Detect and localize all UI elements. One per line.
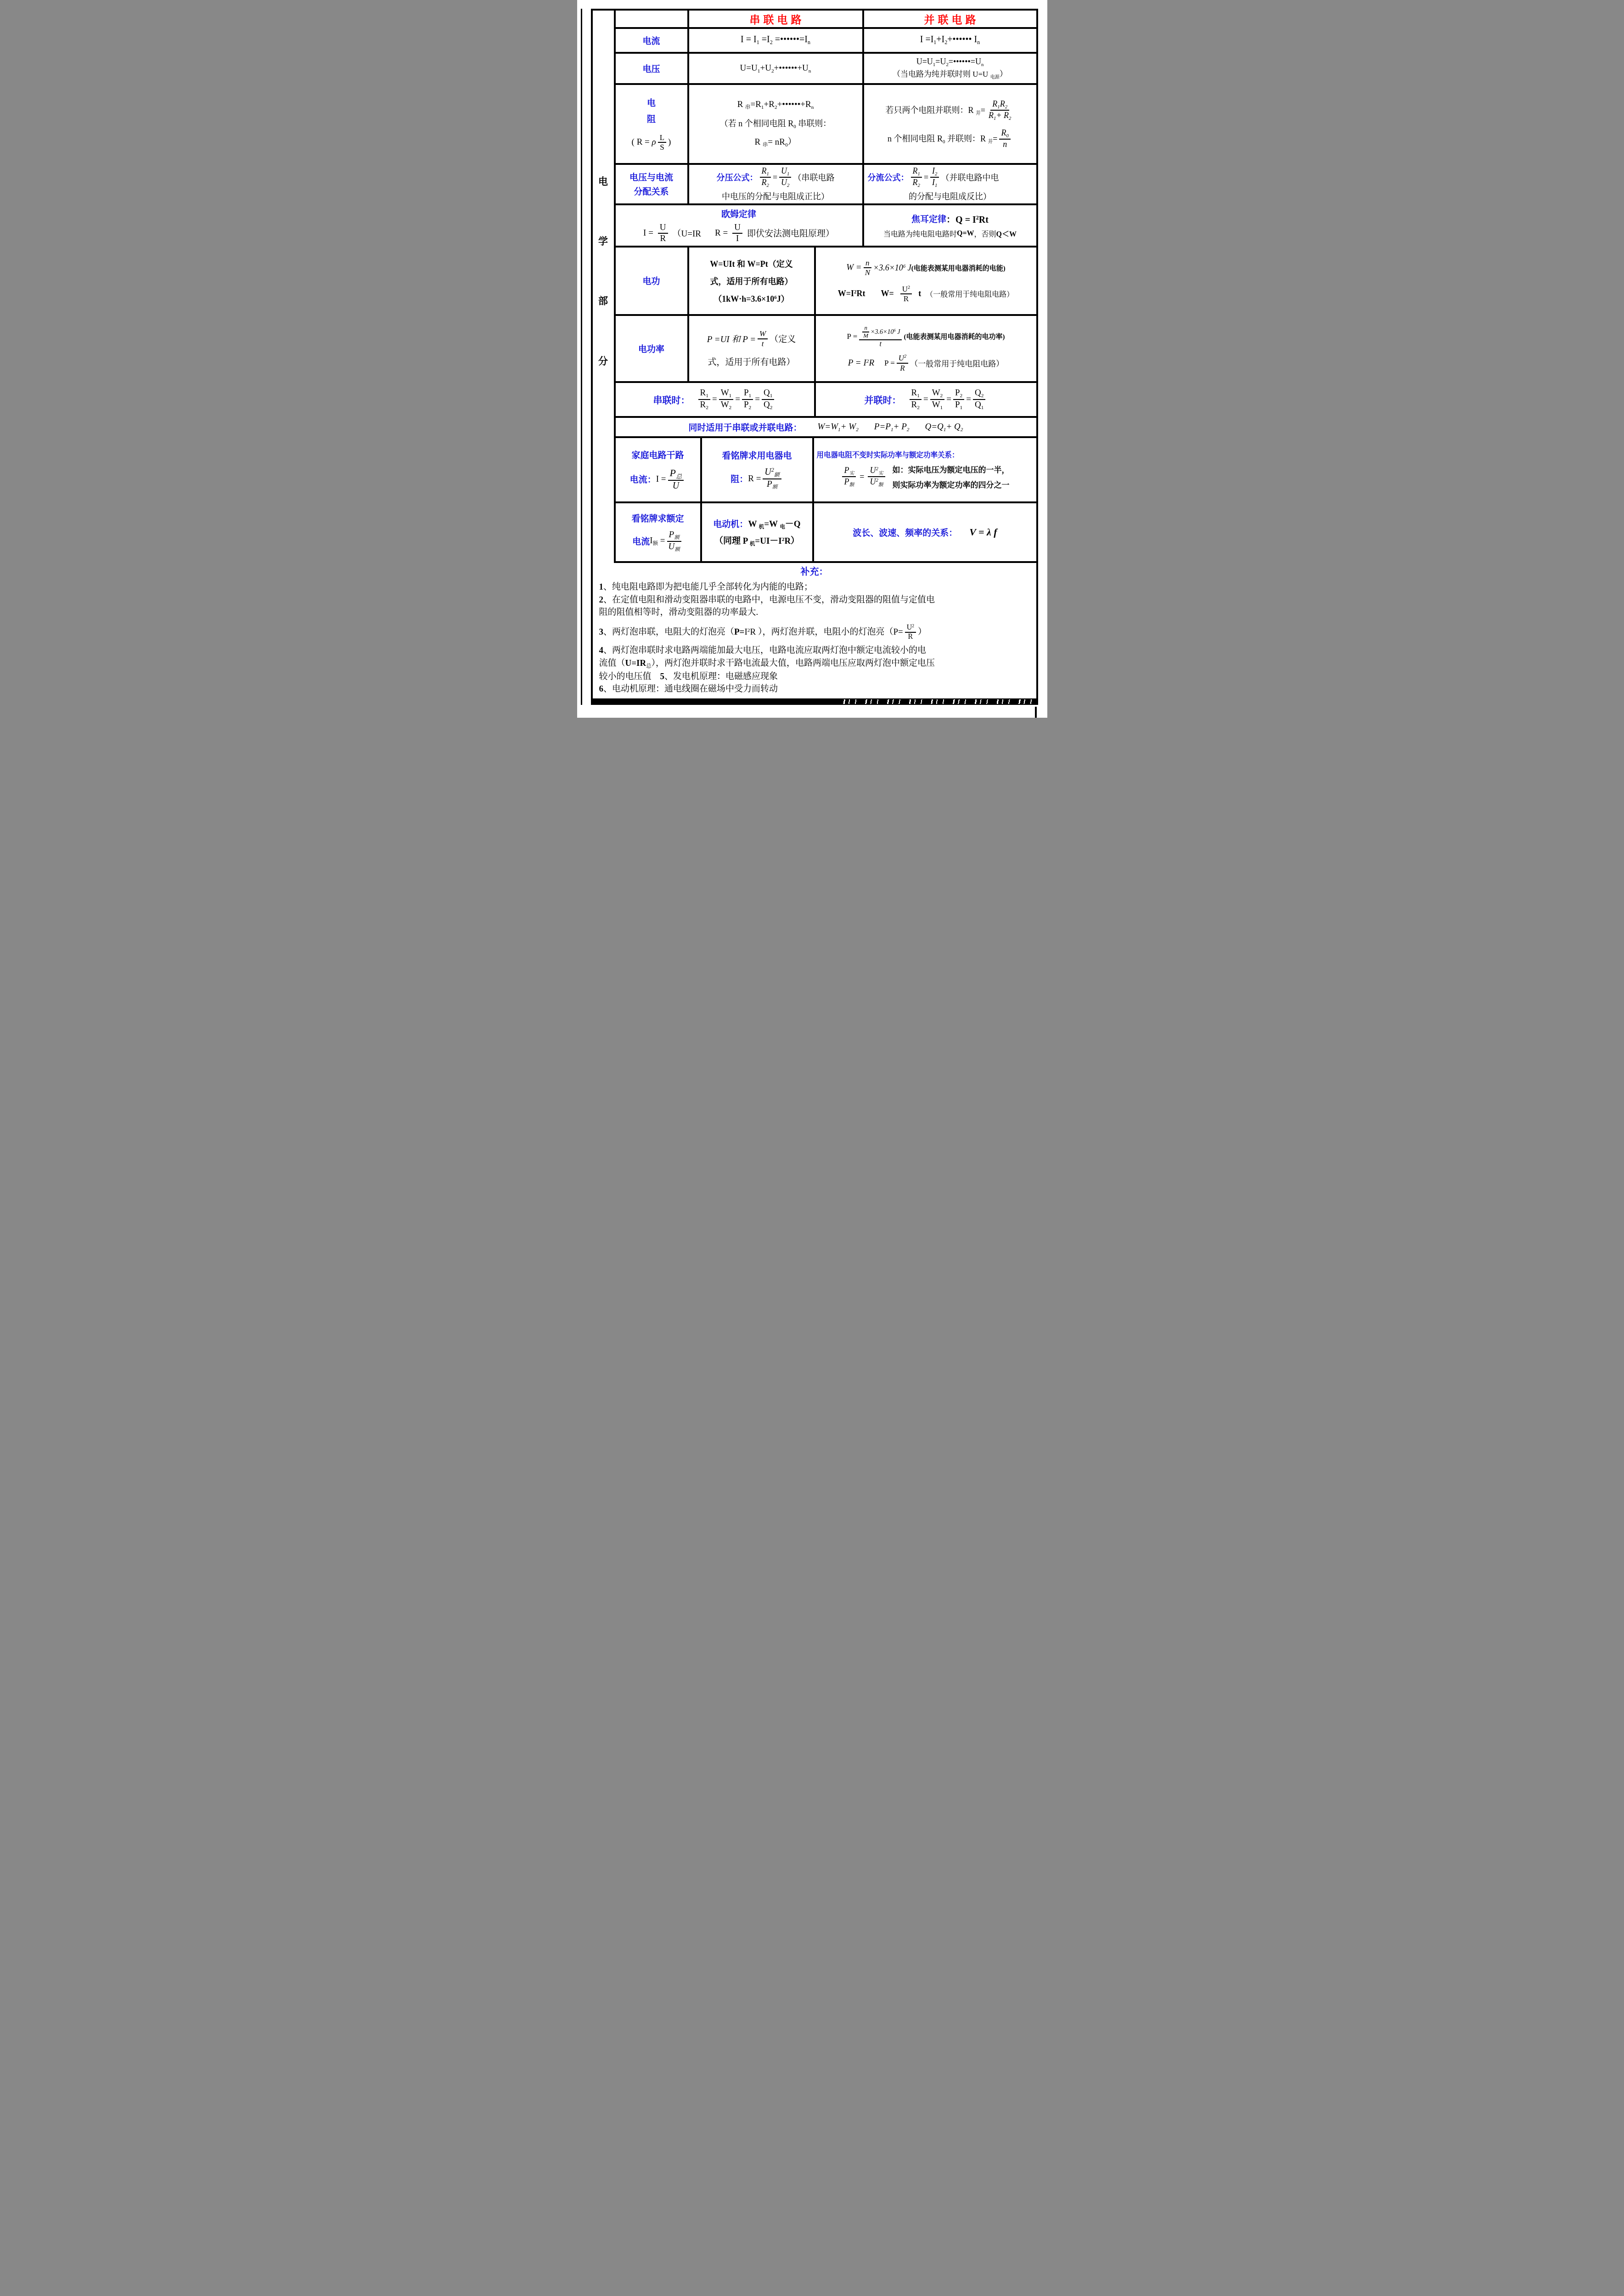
household-i-eq: I =	[656, 474, 666, 484]
resistance-def-pre: ( R = ρ	[632, 137, 656, 147]
motor-title: 电动机：	[713, 518, 748, 530]
rp-f1: R1R2	[910, 388, 922, 411]
power-parallel-cell: P = n M ×3.6×106 J	[816, 316, 1036, 381]
rc-den: U额	[667, 542, 681, 553]
supplement-item-4b: 流值（U=IR总），两灯泡并联时求干路电流最大值，电路两端电压应取两灯泡中额定电…	[599, 657, 1030, 670]
cd-f1-den: R2	[911, 178, 922, 188]
sidebar-char-bu: 部	[593, 293, 614, 307]
vd-f2-num: U1	[779, 166, 791, 178]
sidebar-char-xue: 学	[593, 234, 614, 248]
np-den: P额	[765, 479, 779, 490]
power-label: 电功率	[638, 343, 664, 355]
rs-f2: W1W2	[719, 388, 734, 411]
supplement-item-3: 3、两灯泡串联，电阻大的灯泡亮（P=I2R ），两灯泡并联，电阻小的灯泡亮（P=…	[599, 624, 1030, 641]
power-pure-note: （一般常用于纯电阻电路）	[910, 357, 1004, 369]
ohm-r-equals: R =	[715, 228, 728, 238]
resistance-series-cell: R 串=R1+R2+••••••+Rn （若 n 个相同电阻 R0 串联则： R…	[689, 85, 864, 163]
vd-frac2: U1 U2	[779, 166, 791, 188]
supplement-item-2b: 阻的阻值相等时，滑动变阻器的功率最大.	[599, 606, 1030, 619]
ar-f2n: U2实	[868, 466, 885, 477]
rs-eq2: =	[735, 394, 740, 405]
supplement-item-1: 1、纯电阻电路即为把电能几乎全部转化为内能的电路；	[599, 581, 1030, 594]
distribution-label-line1: 电压与电流	[629, 171, 673, 183]
power-label-cell: 电功率	[616, 316, 689, 381]
rs-f4n: Q1	[762, 388, 774, 400]
household-formula: 电流： I = P总 U	[630, 467, 686, 491]
work-label-cell: 电功	[616, 248, 689, 314]
resistance-parallel-cell: 若只两个电阻并联则：R 并= R1R2 R1+ R2 n 个相同电阻 R0 并联…	[864, 85, 1036, 163]
joule-law-line: 焦耳定律 ：Q = I2Rt	[911, 212, 989, 225]
resistance-label-char2: 阻	[647, 113, 656, 125]
ohm-uir: （U=IR	[673, 227, 701, 239]
resistance-parallel-n-fraction: R0 n	[999, 128, 1010, 149]
nameplate-r-eq: R =	[748, 474, 761, 484]
resistance-parallel-two-pre: 若只两个电阻并联则：R 并=	[886, 104, 985, 117]
distribution-parallel-cell: 分流公式： R1 R2 = I2 I1 （并联电路中电	[864, 165, 1036, 203]
resistance-series-sum: R 串=R1+R2+••••••+Rn	[737, 100, 814, 111]
supplement-item-4c-and-5: 较小的电压值 5、发电机原理：电磁感应现象	[599, 670, 1030, 683]
joule-law-cell: 焦耳定律 ：Q = I2Rt 当电路为纯电阻电路时 Q=W，否则 Q＜W	[864, 205, 1036, 246]
current-division-line1: 分流公式： R1 R2 = I2 I1 （并联电路中电	[868, 166, 999, 188]
distribution-label-cell: 电压与电流 分配关系	[616, 165, 689, 203]
work-pure-note: （一般常用于纯电阻电路）	[926, 288, 1014, 299]
row-current: 电流 I = I1 =I2 =••••••=In I =I1+I2+••••••…	[616, 29, 1036, 54]
supplement-item-3-close: ）	[918, 626, 927, 639]
voltage-division-line1: 分压公式： R1 R2 = U1 U2 （串联电路	[717, 166, 835, 188]
work-u2r-fraction: U2 R	[900, 285, 912, 303]
sidebar-char-fen: 分	[593, 354, 614, 367]
wu-den: R	[902, 294, 910, 303]
resistance-def-num: L	[658, 133, 666, 143]
resistance-parallel-n-pre: n 个相同电阻 R0 并联则：R 并=	[888, 132, 997, 145]
power-meter-p: P =	[847, 332, 858, 341]
vd-equals: =	[773, 173, 777, 182]
power-def-fraction: W t	[758, 329, 768, 348]
rp-f1d: R2	[910, 400, 921, 411]
rp-f4: Q2Q1	[973, 388, 985, 411]
rp-f4n: Q2	[973, 388, 985, 400]
power-meter-bigfraction: n M ×3.6×106 J t	[859, 325, 902, 348]
row-applies-both: 同时适用于串联或并联电路： W=W1+ W2 P=P1+ P2 Q=Q1+ Q2	[616, 418, 1036, 438]
ar-note2: 则实际功率为额定功率的四分之一	[893, 478, 1010, 490]
ratio-parallel-cell: 并联时： R1R2 = W2W1 = P2P1 = Q2Q1	[816, 383, 1036, 416]
voltage-division-title: 分压公式：	[717, 171, 758, 183]
pm-small-num: n	[862, 325, 869, 332]
supplement-item-2a: 2、在定值电阻和滑动变阻器串联的电路中，电源电压不变，滑动变阻器的阻值与定值电	[599, 594, 1030, 607]
supplement-item-3-fraction: U2 R	[905, 624, 916, 641]
supplement-section: 补充： 1、纯电阻电路即为把电能几乎全部转化为内能的电路； 2、在定值电阻和滑动…	[593, 563, 1036, 698]
resistance-def-fraction: L S	[658, 133, 666, 152]
current-parallel-cell: I =I1+I2+•••••• In	[864, 29, 1036, 52]
vd-frac1: R1 R2	[760, 166, 771, 188]
rp-eq1: =	[923, 394, 928, 405]
row-electrical-work: 电功 W=UIt 和 W=Pt（定义 式，适用于所有电路） （1kW·h=3.6…	[616, 248, 1036, 316]
header-series-circuit: 串联电路	[689, 11, 864, 27]
ar-f1n: P实	[842, 466, 856, 477]
rs-eq1: =	[712, 394, 717, 405]
power-u2r-fraction: U2 R	[897, 354, 908, 372]
wm-den: N	[864, 268, 871, 277]
bottom-watermark-bar	[593, 698, 1036, 705]
voltage-label: 电压	[642, 62, 660, 75]
header-empty-cell	[616, 11, 689, 27]
ohm-i-equals: I =	[643, 228, 653, 238]
ar-f2d: U2额	[868, 477, 884, 488]
power-definition-line2: 式，适用于所有电路）	[708, 355, 795, 368]
rp-f2: W2W1	[930, 388, 945, 411]
rs-f4: Q1Q2	[762, 388, 774, 411]
row-resistance: 电 阻 ( R = ρ L S ) R 串=R1+R2+••••••+Rn	[616, 85, 1036, 165]
vd-f1-num: R1	[760, 166, 771, 178]
sidebar-electricity-section: 电 学 部 分	[593, 11, 616, 563]
rp-f4d: Q1	[973, 400, 985, 411]
resistance-def-post: )	[668, 137, 671, 147]
pm-small-den: M	[862, 332, 870, 339]
header-parallel-circuit: 并联电路	[864, 11, 1036, 27]
pu-den: R	[899, 364, 906, 372]
hh-den: U	[671, 481, 680, 491]
rs-f3n: P1	[742, 388, 753, 400]
applies-both-w: W=W1+ W2	[818, 422, 859, 433]
ohm-voltammetry-note: 即伏安法测电阻原理）	[747, 227, 834, 239]
np-num: U2额	[763, 467, 781, 479]
supplement-item-3-text: 3、两灯泡串联，电阻大的灯泡亮（P=I2R ），两灯泡并联，电阻小的灯泡亮（P=	[599, 626, 903, 639]
work-parallel-cell: W = n N ×3.6×106 J (电能表测某用电器消耗的电能) W=I2R…	[816, 248, 1036, 314]
ohm-law-formula: I = U R （U=IR R = U I	[643, 223, 834, 243]
motor-power-formula: （同理 P 机=UI－I2R）	[714, 534, 799, 547]
work-meter-mul: ×3.6×106 J	[873, 263, 911, 273]
cd-frac1: R1 R2	[911, 166, 922, 188]
power-meter-line: P = n M ×3.6×106 J	[847, 325, 1005, 348]
joule-law-note: 当电路为纯电阻电路时 Q=W，否则 Q＜W	[883, 228, 1017, 239]
wave-formula: V = λ f	[969, 526, 997, 538]
cd-note-start: （并联电路中电	[941, 171, 999, 183]
voltage-parallel-cell: U=U1=U2=••••••=Un （当电路为纯并联时则 U=U 电源）	[864, 54, 1036, 83]
rated-current-word: 电流	[632, 535, 650, 547]
ar-frac2: U2实 U2额	[868, 466, 885, 488]
rp2-num: R1R2	[990, 99, 1009, 111]
voltage-parallel-note: （当电路为纯并联时则 U=U 电源）	[893, 68, 1007, 80]
rs-f2d: W2	[719, 400, 733, 411]
current-label: 电流	[642, 34, 660, 47]
work-pure-line: W=I2Rt W= U2 R t （一般常用于纯电阻电路）	[838, 285, 1014, 303]
work-meter-fraction: n N	[864, 259, 871, 277]
pm-den-t: t	[878, 340, 883, 349]
ohm-f1-num: U	[658, 223, 668, 233]
resistance-series-equal: R 串= nR0）	[754, 135, 796, 148]
cd-frac2: I2 I1	[930, 166, 939, 188]
ar-f1d: P额	[843, 477, 855, 488]
ohm-frac-ur: U R	[658, 223, 668, 243]
ratio-parallel-title: 并联时：	[865, 393, 901, 406]
power-pure-line: P = I2R P = U2 R （一般常用于纯电阻电路）	[848, 354, 1004, 372]
household-current-cell: 家庭电路干路 电流： I = P总 U	[616, 438, 702, 501]
resistance-parallel-n: n 个相同电阻 R0 并联则：R 并= R0 n	[888, 128, 1012, 149]
sidebar-char-dian: 电	[593, 174, 614, 188]
power-meter-smallfrac: n M	[862, 325, 870, 339]
rs-f1d: R2	[699, 400, 710, 411]
row-header: 串联电路 并联电路	[616, 11, 1036, 29]
work-definition-line2: 式，适用于所有电路）	[710, 275, 793, 287]
pm-mul: ×3.6×106 J	[871, 328, 900, 336]
ratio-series-cell: 串联时： R1R2 = W1W2 = P1P2 = Q1Q2	[616, 383, 816, 416]
rp2-den: R1+ R2	[987, 111, 1012, 121]
resistance-parallel-two-fraction: R1R2 R1+ R2	[987, 99, 1012, 121]
rs-f4d: Q2	[762, 400, 774, 411]
rs-eq3: =	[755, 394, 760, 405]
power-i2r: P = I2R	[848, 358, 874, 368]
distribution-series-cell: 分压公式： R1 R2 = U1 U2 （串联电路	[689, 165, 864, 203]
household-title: 家庭电路干路	[631, 449, 684, 461]
row-ratio: 串联时： R1R2 = W1W2 = P1P2 = Q1Q2 并联时：	[616, 383, 1036, 418]
work-meter-w: W =	[846, 263, 861, 273]
s3-den: R	[907, 633, 915, 641]
ohm-frac-ui: U I	[732, 223, 742, 243]
page-edge-left-line	[581, 9, 582, 705]
cd-f2-num: I2	[930, 166, 939, 178]
ar-frac1: P实 P额	[842, 466, 856, 488]
rp-f2d: W1	[931, 400, 944, 411]
rs-f2n: W1	[719, 388, 734, 400]
rpn-den: n	[1001, 140, 1008, 149]
applies-both-p: P=P1+ P2	[874, 422, 910, 433]
nameplate-fraction: U2额 P额	[763, 467, 781, 490]
nameplate-resistance-formula: 阻： R = U2额 P额	[731, 467, 783, 490]
pu-num: U2	[897, 354, 908, 363]
rated-current-title: 看铭牌求额定	[631, 512, 684, 524]
vd-f2-den: U2	[780, 178, 791, 188]
rp-eq2: =	[946, 394, 951, 405]
work-kwh-note: （1kW·h=3.6×106J）	[714, 293, 789, 304]
actual-rated-power-cell: 用电器电阻不变时实际功率与额定功率关系： P实 P额 = U2实 U2额	[814, 438, 1036, 501]
motor-cell: 电动机： W 机=W 电－Q （同理 P 机=UI－I2R）	[702, 503, 814, 561]
resistance-def-den: S	[658, 143, 665, 152]
ratio-series-title: 串联时：	[653, 393, 690, 406]
actual-rated-notes: 如：实际电压为额定电压的一半， 则实际功率为额定功率的四分之一	[893, 463, 1010, 490]
pd-den: t	[760, 339, 765, 348]
rated-i-var: I额 =	[650, 536, 665, 547]
ohm-law-cell: 欧姆定律 I = U R （U=IR R = U	[616, 205, 864, 246]
hh-num: P总	[668, 467, 684, 481]
current-parallel-formula: I =I1+I2+•••••• In	[920, 34, 980, 46]
rs-f3d: P2	[742, 400, 753, 411]
work-label: 电功	[642, 275, 660, 287]
ar-note1: 如：实际电压为额定电压的一半，	[893, 463, 1010, 475]
supplement-title-line: 补充：	[599, 566, 1030, 579]
nameplate-resistance-title: 看铭牌求用电器电	[722, 449, 792, 461]
rc-num: P额	[667, 530, 681, 542]
household-current-word: 电流：	[630, 473, 656, 485]
voltage-series-cell: U=U1+U2+••••••+Un	[689, 54, 864, 83]
power-meter-note: (电能表测某用电器消耗的电功率)	[904, 332, 1005, 341]
ohm-f1-den: R	[658, 234, 667, 243]
formula-table: 电 学 部 分 串联电路 并联电路	[591, 9, 1038, 705]
resistance-definition-formula: ( R = ρ L S )	[632, 133, 671, 152]
ratio-series-line: 串联时： R1R2 = W1W2 = P1P2 = Q1Q2	[653, 388, 776, 411]
applies-both-title: 同时适用于串联或并联电路：	[689, 421, 802, 433]
household-fraction: P总 U	[668, 467, 684, 491]
rs-f3: P1P2	[742, 388, 753, 411]
row-ohm-joule: 欧姆定律 I = U R （U=IR R = U	[616, 205, 1036, 248]
table-upper-section: 电 学 部 分 串联电路 并联电路	[593, 11, 1036, 563]
series-circuit-title: 串联电路	[747, 11, 805, 27]
supplement-item-4a: 4、两灯泡串联时求电路两端能加最大电压，电路电流应取两灯泡中额定电流较小的电	[599, 644, 1030, 657]
wu-num: U2	[900, 285, 912, 294]
resistance-label-char1: 电	[647, 96, 656, 109]
rpn-num: R0	[999, 128, 1010, 140]
applies-both-q: Q=Q1+ Q2	[925, 422, 963, 433]
row-voltage: 电压 U=U1+U2+••••••+Un U=U1=U2=••••••=Un （…	[616, 54, 1036, 85]
ohm-f2-num: U	[732, 223, 742, 233]
ohm-law-title: 欧姆定律	[721, 208, 756, 220]
nameplate-zu-word: 阻：	[731, 473, 748, 485]
rp-f1n: R1	[910, 388, 922, 400]
supplement-item-6: 6、电动机原理：通电线圈在磁场中受力而转动	[599, 683, 1030, 696]
work-meter-line: W = n N ×3.6×106 J (电能表测某用电器消耗的电能)	[846, 259, 1005, 277]
ar-eq: =	[860, 472, 864, 482]
voltage-label-cell: 电压	[616, 54, 689, 83]
rated-current-formula: 电流 I额 = P额 U额	[632, 530, 683, 553]
distribution-label-line2: 分配关系	[634, 185, 669, 197]
joule-law-formula: ：Q = I2Rt	[946, 212, 989, 225]
work-t: t	[918, 289, 921, 298]
work-definition-line1: W=UIt 和 W=Pt（定义	[710, 258, 793, 270]
vd-f1-den: R2	[760, 178, 770, 188]
resistance-series-note: （若 n 个相同电阻 R0 串联则：	[720, 117, 831, 129]
nameplate-resistance-cell: 看铭牌求用电器电 阻： R = U2额 P额	[702, 438, 814, 501]
cd-f2-den: I1	[931, 178, 938, 188]
work-w-eq: W=	[881, 289, 894, 298]
current-label-cell: 电流	[616, 29, 689, 52]
rp-f2n: W2	[930, 388, 945, 400]
wave-relation-title: 波长、波速、频率的关系：	[853, 526, 957, 539]
applies-both-cell: 同时适用于串联或并联电路： W=W1+ W2 P=P1+ P2 Q=Q1+ Q2	[616, 418, 1036, 436]
wave-cell: 波长、波速、频率的关系： V = λ f	[814, 503, 1036, 561]
resistance-label-cell: 电 阻 ( R = ρ L S )	[616, 85, 689, 163]
supplement-title: 补充：	[801, 567, 828, 577]
cd-f1-num: R1	[911, 166, 922, 178]
pd-num: W	[758, 329, 768, 339]
ohm-f2-den: I	[735, 234, 740, 243]
row-electrical-power: 电功率 P =UI 和 P = W t （定义 式，适用于所有电路）	[616, 316, 1036, 383]
resistance-parallel-two: 若只两个电阻并联则：R 并= R1R2 R1+ R2	[886, 99, 1015, 121]
power-def-pre: P =UI 和 P =	[707, 332, 756, 345]
rs-f1: R1R2	[698, 388, 710, 411]
rated-current-cell: 看铭牌求额定 电流 I额 = P额 U额	[616, 503, 702, 561]
row-household: 家庭电路干路 电流： I = P总 U 看铭牌求用电器电	[616, 438, 1036, 503]
joule-law-title: 焦耳定律	[911, 213, 946, 225]
rp-f3n: P2	[953, 388, 964, 400]
current-division-title: 分流公式：	[868, 171, 909, 183]
cd-equals: =	[924, 173, 928, 182]
power-p-eq: P =	[884, 359, 895, 368]
current-series-cell: I = I1 =I2 =••••••=In	[689, 29, 864, 52]
row-rated-motor-wave: 看铭牌求额定 电流 I额 = P额 U额 电动机：	[616, 503, 1036, 563]
work-series-cell: W=UIt 和 W=Pt（定义 式，适用于所有电路） （1kW·h=3.6×10…	[689, 248, 816, 314]
vd-note-start: （串联电路	[793, 171, 834, 183]
motor-line1: 电动机： W 机=W 电－Q	[713, 517, 800, 530]
row-distribution: 电压与电流 分配关系 分压公式： R1 R2 = U1	[616, 165, 1036, 205]
parallel-circuit-title: 并联电路	[921, 11, 979, 27]
power-meter-bignum-line: n M ×3.6×106 J	[861, 325, 900, 339]
motor-energy-formula: W 机=W 电－Q	[748, 517, 800, 530]
wm-num: n	[864, 259, 871, 268]
s3-num: U2	[905, 624, 916, 633]
vd-note-end: 中电压的分配与电阻成正比）	[722, 190, 829, 202]
work-i2rt: W=I2Rt	[838, 289, 865, 298]
rp-f3: P2P1	[953, 388, 964, 411]
current-series-formula: I = I1 =I2 =••••••=In	[741, 34, 810, 46]
rp-eq3: =	[966, 394, 971, 405]
actual-rated-body: P实 P额 = U2实 U2额 如：实际电压为额定电压的一半， 则实际功率为额定…	[840, 463, 1009, 490]
voltage-parallel-formula: U=U1=U2=••••••=Un	[916, 57, 984, 68]
power-def-post: （定义	[770, 332, 796, 345]
power-definition-line1: P =UI 和 P = W t （定义	[707, 329, 796, 348]
cd-note-end: 的分配与电阻成反比）	[909, 190, 991, 202]
page-edge-right-stub	[1035, 707, 1037, 718]
table-rows: 串联电路 并联电路 电流 I = I1 =I2 =••••••=In I	[616, 11, 1036, 563]
work-meter-note: (电能表测某用电器消耗的电能)	[911, 263, 1006, 273]
actual-rated-title: 用电器电阻不变时实际功率与额定功率关系：	[817, 450, 959, 460]
rated-fraction: P额 U额	[667, 530, 681, 553]
ratio-parallel-line: 并联时： R1R2 = W2W1 = P2P1 = Q2Q1	[865, 388, 988, 411]
voltage-series-formula: U=U1+U2+••••••+Un	[740, 63, 811, 74]
power-meter-bignum: n M ×3.6×106 J	[859, 325, 902, 340]
rp-f3d: P1	[954, 400, 964, 411]
rs-f1n: R1	[698, 388, 710, 400]
power-series-cell: P =UI 和 P = W t （定义 式，适用于所有电路）	[689, 316, 816, 381]
physics-formula-sheet: 电 学 部 分 串联电路 并联电路	[577, 0, 1047, 718]
